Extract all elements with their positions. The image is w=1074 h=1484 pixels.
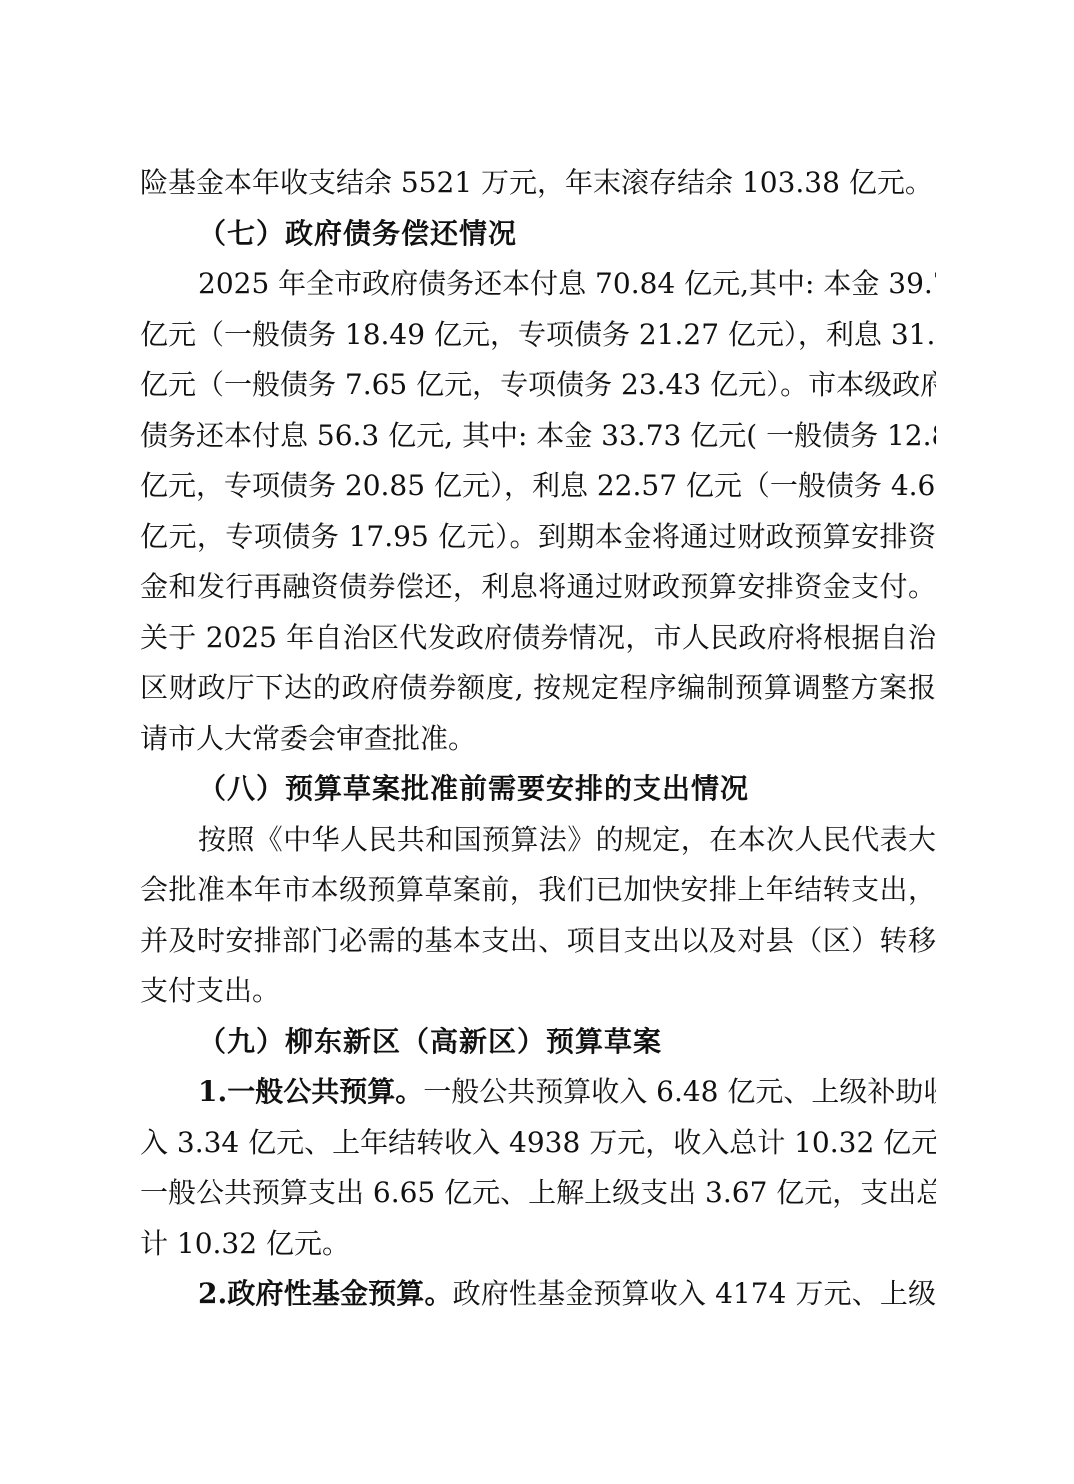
paragraph-line: 亿元，专项债务 20.85 亿元），利息 22.57 亿元（一般债务 4.62: [140, 461, 936, 512]
section-7-heading: （七）政府债务偿还情况: [140, 209, 936, 260]
item-1-title: 1.一般公共预算。: [198, 1075, 423, 1108]
paragraph-line: 计 10.32 亿元。: [140, 1219, 936, 1270]
paragraph-line: 2.政府性基金预算。政府性基金预算收入 4174 万元、上级: [140, 1269, 936, 1320]
paragraph-line: 亿元，专项债务 17.95 亿元）。到期本金将通过财政预算安排资: [140, 512, 936, 563]
paragraph-line: 金和发行再融资债券偿还，利息将通过财政预算安排资金支付。: [140, 562, 936, 613]
paragraph-line: 支付支出。: [140, 966, 936, 1017]
item-2-title: 2.政府性基金预算。: [198, 1277, 453, 1310]
paragraph-line: 2025 年全市政府债务还本付息 70.84 亿元,其中: 本金 39.76: [140, 259, 936, 310]
paragraph-line: 入 3.34 亿元、上年结转收入 4938 万元，收入总计 10.32 亿元。: [140, 1118, 936, 1169]
item-2-text: 政府性基金预算收入 4174 万元、上级: [453, 1277, 936, 1310]
paragraph-line: 亿元（一般债务 18.49 亿元，专项债务 21.27 亿元），利息 31.08: [140, 310, 936, 361]
paragraph-line: 1.一般公共预算。一般公共预算收入 6.48 亿元、上级补助收: [140, 1067, 936, 1118]
paragraph-line: 一般公共预算支出 6.65 亿元、上解上级支出 3.67 亿元，支出总: [140, 1168, 936, 1219]
paragraph-line: 请市人大常委会审查批准。: [140, 714, 936, 765]
continuation-line: 险基金本年收支结余 5521 万元，年末滚存结余 103.38 亿元。: [140, 158, 936, 209]
paragraph-line: 关于 2025 年自治区代发政府债券情况，市人民政府将根据自治: [140, 613, 936, 664]
paragraph-line: 区财政厅下达的政府债券额度, 按规定程序编制预算调整方案报: [140, 663, 936, 714]
paragraph-line: 亿元（一般债务 7.65 亿元，专项债务 23.43 亿元）。市本级政府: [140, 360, 936, 411]
paragraph-line: 债务还本付息 56.3 亿元, 其中: 本金 33.73 亿元( 一般债务 12…: [140, 411, 936, 462]
document-page: 险基金本年收支结余 5521 万元，年末滚存结余 103.38 亿元。 （七）政…: [140, 158, 936, 1320]
paragraph-line: 按照《中华人民共和国预算法》的规定，在本次人民代表大: [140, 815, 936, 866]
paragraph-line: 并及时安排部门必需的基本支出、项目支出以及对县（区）转移: [140, 916, 936, 967]
paragraph-line: 会批准本年市本级预算草案前，我们已加快安排上年结转支出，: [140, 865, 936, 916]
section-9-heading: （九）柳东新区（高新区）预算草案: [140, 1017, 936, 1068]
item-1-text: 一般公共预算收入 6.48 亿元、上级补助收: [423, 1075, 936, 1108]
section-8-heading: （八）预算草案批准前需要安排的支出情况: [140, 764, 936, 815]
